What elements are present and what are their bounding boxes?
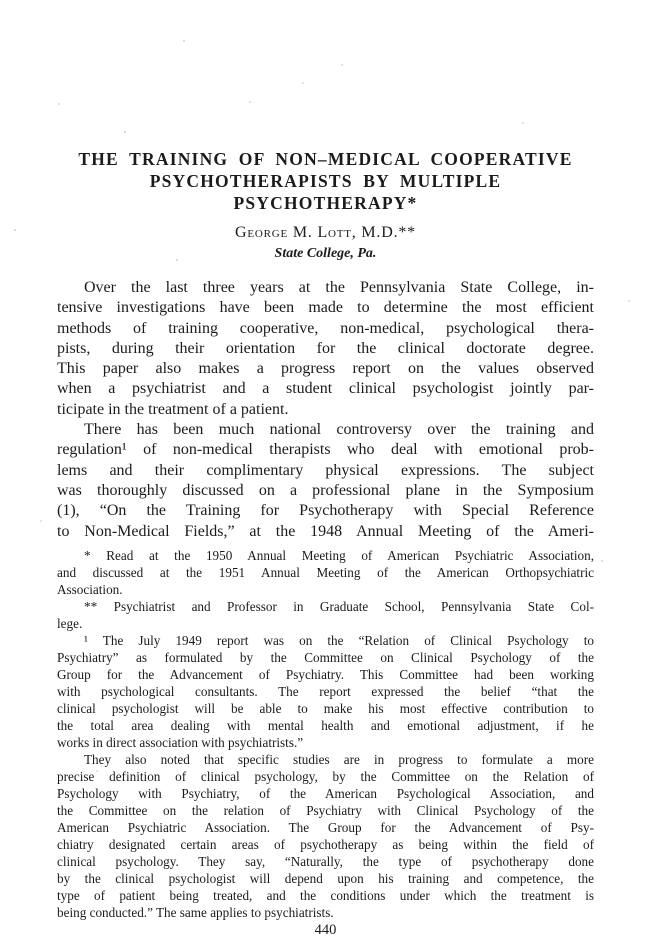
text-line: This paper also makes a progress report …: [57, 359, 594, 379]
body-paragraph: Over the last three years at the Pennsyl…: [57, 278, 594, 420]
text-line: Group for the Advancement of Psychiatry.…: [57, 666, 594, 683]
text-line: ¹ The July 1949 report was on the “Relat…: [57, 632, 594, 649]
scan-noise: [0, 0, 2, 2]
text-line: by the clinical psychologist will depend…: [57, 870, 594, 887]
text-line: regulation¹ of non-medical therapists wh…: [57, 440, 594, 460]
text-line: Over the last three years at the Pennsyl…: [57, 278, 594, 298]
text-line: with psychological consultants. The repo…: [57, 683, 594, 700]
article-body: Over the last three years at the Pennsyl…: [57, 278, 594, 542]
text-line: They also noted that specific studies ar…: [57, 751, 594, 768]
footnote-1949-report: ¹ The July 1949 report was on the “Relat…: [57, 632, 594, 751]
text-line: pists, during their orientation for the …: [57, 339, 594, 359]
article-title: THE TRAINING OF NON–MEDICAL COOPERATIVE …: [57, 148, 594, 214]
text-line: type of patient being treated, and the c…: [57, 887, 594, 904]
text-line: being conducted.” The same applies to ps…: [57, 904, 594, 921]
text-line: American Psychiatric Association. The Gr…: [57, 819, 594, 836]
article-title-line: THE TRAINING OF NON–MEDICAL COOPERATIVE: [57, 148, 594, 170]
author-byline: George M. Lott, M.D.**: [57, 224, 594, 241]
text-line: the total area dealing with mental healt…: [57, 717, 594, 734]
text-line: There has been much national controversy…: [57, 420, 594, 440]
text-line: clinical psychology. They say, “Naturall…: [57, 853, 594, 870]
text-line: to Non-Medical Fields,” at the 1948 Annu…: [57, 522, 594, 542]
text-line: lems and their complimentary physical ex…: [57, 461, 594, 481]
text-line: was thoroughly discussed on a profession…: [57, 481, 594, 501]
text-line: tensive investigations have been made to…: [57, 298, 594, 318]
author-affiliation: State College, Pa.: [57, 246, 594, 261]
footnotes-section: * Read at the 1950 Annual Meeting of Ame…: [57, 547, 594, 921]
text-line: precise definition of clinical psycholog…: [57, 768, 594, 785]
text-line: Association.: [57, 581, 594, 598]
article-title-line: PSYCHOTHERAPY*: [57, 192, 594, 214]
text-line: Psychiatry” as formulated by the Committ…: [57, 649, 594, 666]
text-line: and discussed at the 1951 Annual Meeting…: [57, 564, 594, 581]
text-line: when a psychiatrist and a student clinic…: [57, 379, 594, 399]
journal-page: THE TRAINING OF NON–MEDICAL COOPERATIVE …: [0, 0, 650, 942]
text-line: (1), “On the Training for Psychotherapy …: [57, 501, 594, 521]
footnote-further-studies: They also noted that specific studies ar…: [57, 751, 594, 921]
text-line: works in direct association with psychia…: [57, 734, 594, 751]
text-line: methods of training cooperative, non-med…: [57, 319, 594, 339]
text-line: chiatry designated certain areas of psyc…: [57, 836, 594, 853]
text-line: the Committee on the relation of Psychia…: [57, 802, 594, 819]
footnote-read-at: * Read at the 1950 Annual Meeting of Ame…: [57, 547, 594, 598]
text-line: ** Psychiatrist and Professor in Graduat…: [57, 598, 594, 615]
text-line: Psychology with Psychiatry, of the Ameri…: [57, 785, 594, 802]
page-number: 440: [57, 922, 594, 938]
text-line: lege.: [57, 615, 594, 632]
text-line: clinical psychologist will be able to ma…: [57, 700, 594, 717]
text-line: * Read at the 1950 Annual Meeting of Ame…: [57, 547, 594, 564]
body-paragraph: There has been much national controversy…: [57, 420, 594, 542]
text-line: ticipate in the treatment of a patient.: [57, 400, 594, 420]
article-title-line: PSYCHOTHERAPISTS BY MULTIPLE: [57, 170, 594, 192]
footnote-author-role: ** Psychiatrist and Professor in Graduat…: [57, 598, 594, 632]
